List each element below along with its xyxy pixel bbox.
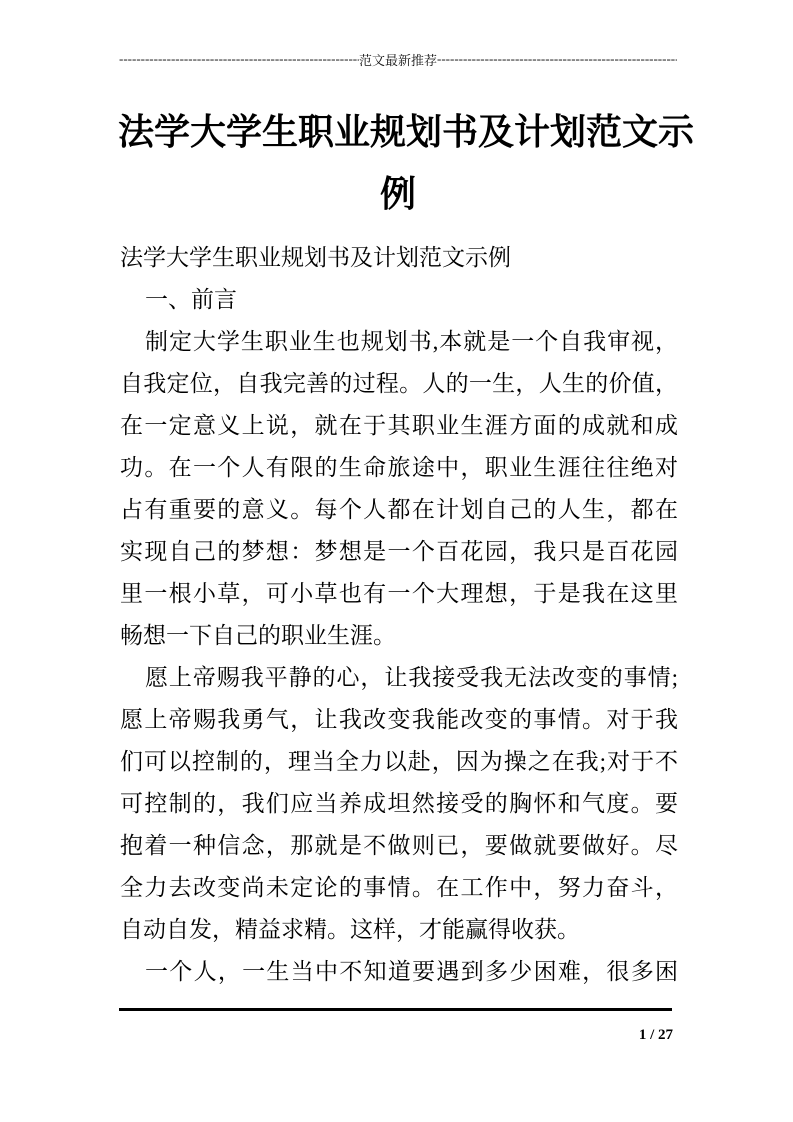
body-intro-line: 法学大学生职业规划书及计划范文示例	[120, 237, 678, 279]
paragraph-line: 占有重要的意义。每个人都在计划自己的人生，都在	[120, 489, 678, 531]
header-dashes-left: ----------------------------------------…	[119, 51, 359, 67]
paragraph-line: 实现自己的梦想：梦想是一个百花园，我只是百花园	[120, 531, 678, 573]
paragraph-line: 功。在一个人有限的生命旅途中，职业生涯往往绝对	[120, 447, 678, 489]
paragraph-1: 制定大学生职业生也规划书,本就是一个自我审视， 自我定位，自我完善的过程。人的一…	[120, 321, 678, 657]
document-title: 法学大学生职业规划书及计划范文示 例	[118, 101, 678, 225]
header-dashes-right: ----------------------------------------…	[437, 51, 677, 67]
paragraph-2: 愿上帝赐我平静的心，让我接受我无法改变的事情; 愿上帝赐我勇气，让我改变我能改变…	[120, 657, 678, 951]
title-line-1: 法学大学生职业规划书及计划范文示	[118, 101, 678, 163]
paragraph-line: 自我定位，自我完善的过程。人的一生，人生的价值，	[120, 363, 678, 405]
paragraph-line: 们可以控制的，理当全力以赴，因为操之在我;对于不	[120, 741, 678, 783]
paragraph-line: 抱着一种信念，那就是不做则已，要做就要做好。尽	[120, 825, 678, 867]
header-label: 范文最新推荐	[359, 50, 437, 69]
paragraph-line: 自动自发，精益求精。这样，才能赢得收获。	[120, 909, 678, 951]
paragraph-line: 一个人，一生当中不知道要遇到多少困难，很多困	[120, 951, 678, 993]
title-line-2: 例	[118, 163, 678, 225]
paragraph-line: 可控制的，我们应当养成坦然接受的胸怀和气度。要	[120, 783, 678, 825]
paragraph-line: 里一根小草，可小草也有一个大理想，于是我在这里	[120, 573, 678, 615]
paragraph-line: 在一定意义上说，就在于其职业生涯方面的成就和成	[120, 405, 678, 447]
paragraph-line: 畅想一下自己的职业生涯。	[120, 615, 678, 657]
paragraph-line: 制定大学生职业生也规划书,本就是一个自我审视，	[120, 321, 678, 363]
page-header: ----------------------------------------…	[119, 50, 677, 68]
paragraph-line: 愿上帝赐我平静的心，让我接受我无法改变的事情;	[120, 657, 678, 699]
footer-divider-line	[119, 1008, 672, 1011]
page-number: 1 / 27	[639, 1027, 673, 1043]
paragraph-3: 一个人，一生当中不知道要遇到多少困难，很多困	[120, 951, 678, 993]
document-body: 法学大学生职业规划书及计划范文示例 一、前言 制定大学生职业生也规划书,本就是一…	[120, 237, 678, 993]
document-page: ----------------------------------------…	[0, 0, 793, 1122]
section-heading: 一、前言	[120, 279, 678, 321]
paragraph-line: 愿上帝赐我勇气，让我改变我能改变的事情。对于我	[120, 699, 678, 741]
paragraph-line: 全力去改变尚未定论的事情。在工作中，努力奋斗，	[120, 867, 678, 909]
